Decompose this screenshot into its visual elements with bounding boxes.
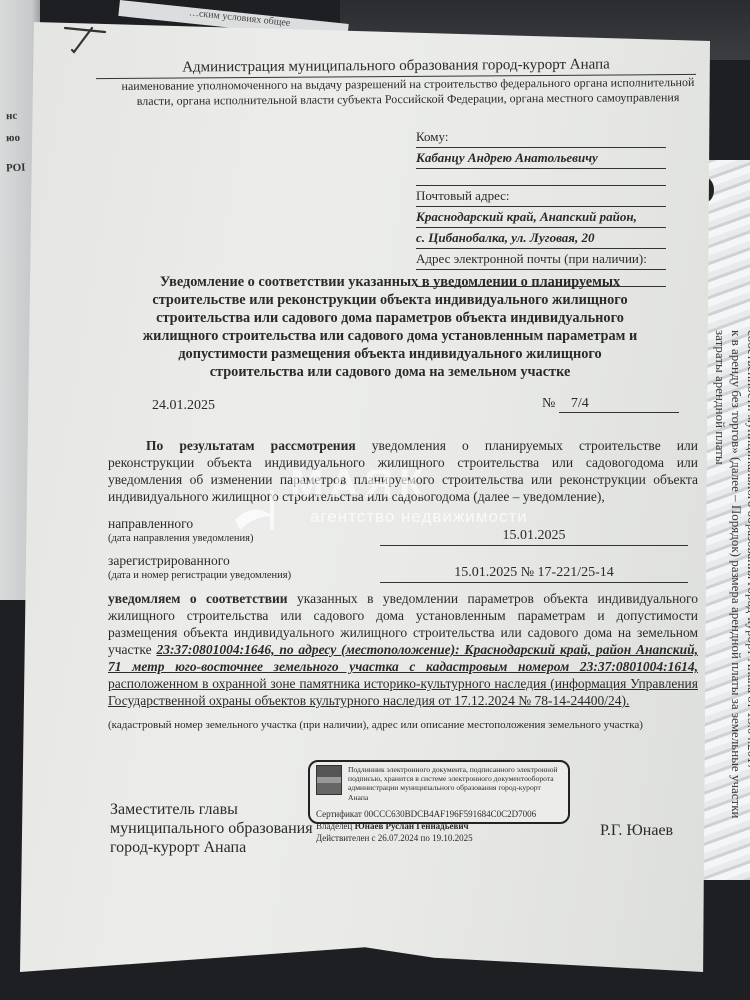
rotated-text-line: собственности муниципального образования… bbox=[744, 330, 750, 890]
recipient-block: Кому: Кабанцу Андрею Анатольевичу Почтов… bbox=[416, 127, 666, 287]
watermark-subtitle: агентство недвижимости bbox=[310, 507, 528, 527]
wave-logo-icon bbox=[230, 490, 290, 535]
recipient-blank-line bbox=[416, 169, 666, 186]
rotated-text-line: затраты арендной платы bbox=[712, 330, 728, 890]
recipient-to-label: Кому: bbox=[416, 127, 666, 148]
owner-value: Юнаев Руслан Геннадьевич bbox=[355, 821, 469, 831]
registered-value: 15.01.2025 № 17-221/25-14 bbox=[380, 564, 688, 583]
underlying-text-fragment: юо bbox=[6, 132, 20, 144]
valid-to-label: по bbox=[421, 833, 430, 843]
registered-field: зарегистрированного (дата и номер регист… bbox=[108, 552, 698, 582]
postal-address-line2: с. Цибанобалка, ул. Луговая, 20 bbox=[416, 228, 666, 249]
underlying-rotated-document: собственности муниципального образования… bbox=[700, 330, 750, 890]
issuing-authority-caption: наименование уполномоченного на выдачу р… bbox=[108, 75, 708, 109]
ecp-description: Подлинник электронного документа, подпис… bbox=[348, 765, 562, 802]
paragraph-lead-bold: уведомляем о соответствии bbox=[108, 591, 288, 606]
valid-to: 19.10.2025 bbox=[432, 833, 473, 843]
paragraph-compliance-notice: уведомляем о соответствии указанных в ув… bbox=[108, 590, 698, 709]
signer-position-line: Заместитель главы bbox=[110, 800, 313, 819]
recipient-name: Кабанцу Андрею Анатольевичу bbox=[416, 148, 666, 169]
paragraph-lead-bold: По результатам рассмотрения bbox=[146, 438, 356, 453]
valid-from: 26.07.2024 bbox=[378, 833, 419, 843]
signer-position: Заместитель главы муниципального образов… bbox=[110, 800, 313, 857]
number-sign: № bbox=[542, 396, 555, 411]
signer-position-line: город-курорт Анапа bbox=[110, 838, 313, 857]
postal-address-line1: Краснодарский край, Анапский район, bbox=[416, 207, 666, 228]
ecp-owner: Владелец Юнаев Руслан Геннадьевич bbox=[316, 820, 566, 832]
ecp-certificate: Сертификат 00CCC630BDCB4AF196F591684C0C2… bbox=[316, 808, 566, 820]
ecp-validity: Действителен с 26.07.2024 по 19.10.2025 bbox=[316, 832, 566, 844]
parcel-caption: (кадастровый номер земельного участка (п… bbox=[108, 719, 643, 731]
document-title: Уведомление о соответствии указанных в у… bbox=[135, 273, 645, 381]
owner-label: Владелец bbox=[316, 821, 352, 831]
underlying-text-fragment: нс bbox=[6, 110, 18, 122]
document-number: № 7/4 bbox=[542, 396, 679, 413]
watermark-brand: МАЯК bbox=[290, 462, 429, 507]
rotated-text-line: к в аренду без торгов» (далее – Порядок)… bbox=[728, 330, 744, 890]
certificate-label: Сертификат bbox=[316, 809, 362, 819]
document-number-value: 7/4 bbox=[559, 396, 679, 413]
email-label: Адрес электронной почты (при наличии): bbox=[416, 249, 666, 270]
coat-of-arms-icon bbox=[316, 765, 342, 795]
watermark: МАЯК агентство недвижимости bbox=[230, 470, 650, 540]
ecp-details: Сертификат 00CCC630BDCB4AF196F591684C0C2… bbox=[316, 808, 566, 844]
document-date: 24.01.2025 bbox=[152, 398, 215, 414]
valid-label: Действителен с bbox=[316, 833, 376, 843]
land-parcel-zone-info: расположенном в охранной зоне памятника … bbox=[108, 676, 698, 708]
land-parcel-cadastral-info: 23:37:0801004:1646, по адресу (местополо… bbox=[108, 642, 698, 674]
signer-name: Р.Г. Юнаев bbox=[600, 822, 673, 840]
postal-address-label: Почтовый адрес: bbox=[416, 186, 666, 207]
handwritten-mark-icon bbox=[62, 22, 107, 57]
underlying-text-fragment: РОІ bbox=[6, 162, 26, 175]
signer-position-line: муниципального образования bbox=[110, 819, 313, 838]
certificate-value: 00CCC630BDCB4AF196F591684C0C2D7006 bbox=[364, 809, 536, 819]
